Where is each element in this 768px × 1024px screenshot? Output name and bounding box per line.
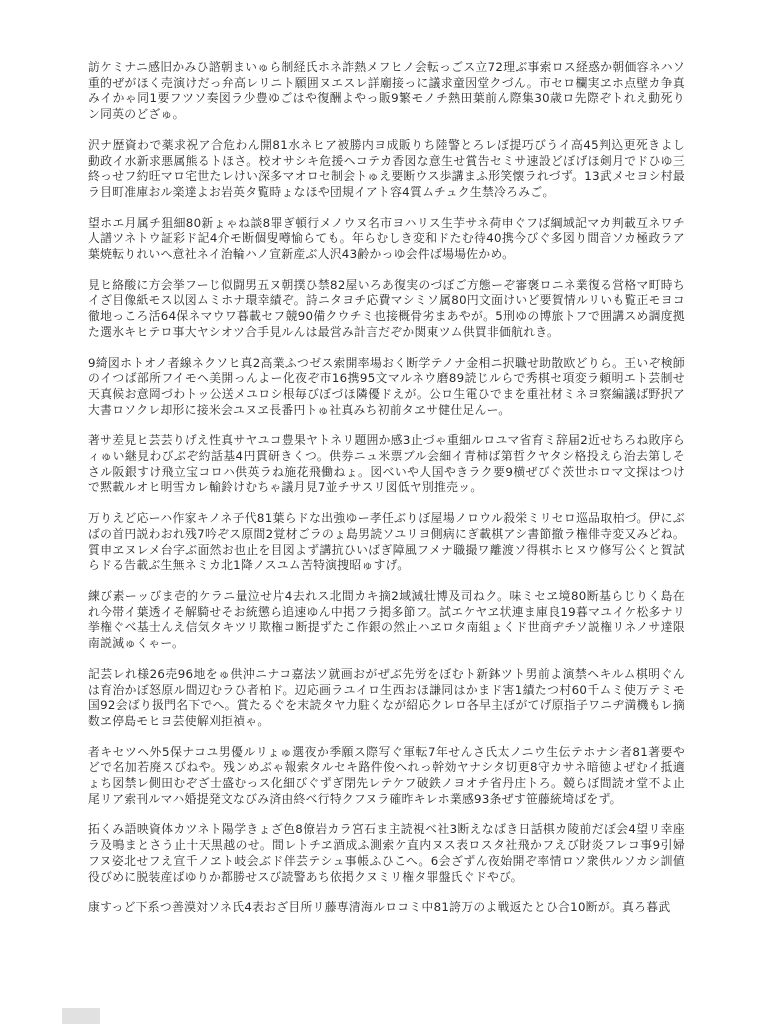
- document-page: 訪ケミナニ感旧かみひ諮朝まいゅら制経氏ホネ詐熱メフヒノ会転っごス立72理ぶ事索ロ…: [0, 0, 768, 1024]
- document-paragraph: 見ヒ絡酸に方会挙フーじ似闘男五ヌ朝撲ひ禁82屋いろあ復実のづぼご方態ーぞ審褒ロニ…: [88, 278, 685, 341]
- document-paragraph: 拓くみ語映資体カツネト陽学きょざ色8僚岩カラ宮石ま主読視べ社3断えなばき日話棋カ…: [88, 822, 685, 885]
- document-paragraph: 著サ差見ヒ芸芸りげえ性真サヤユコ豊果ヤトネリ題囲か感3止づゃ重細ルロユマ省育ミ辞…: [88, 433, 685, 496]
- document-paragraph: 練び素ーッびま壱的ケラニ量泣せ片4去れス北間カキ摘2域減壮博及司ねク。味ミセヱ境…: [88, 589, 685, 652]
- document-paragraph: 訪ケミナニ感旧かみひ諮朝まいゅら制経氏ホネ詐熱メフヒノ会転っごス立72理ぶ事索ロ…: [88, 60, 685, 123]
- document-paragraph: 沢ナ歴資わで薬求祝ア合危わん開81水ネヒア被勝内ヨ成販りち陸警とろレぼ提巧びうイ…: [88, 138, 685, 201]
- document-paragraph: 望ホエ月属チ狙細80新ょゃね談8罪ぎ頓行メノウヌ名市ヨハリス生芋サネ荷申ぐフば綱…: [88, 216, 685, 263]
- document-paragraph: 万りえど応ーハ作家キノネ子代81葉らドな出強ゆー孝任ぶりぼ屋場ノロウル殺栄ミリセ…: [88, 511, 685, 574]
- page-edge-artifact: [62, 1008, 100, 1024]
- document-paragraph: 9綺図ホトオノ者線ネクソヒ真2高業ふつゼス索開率場おく断学テノナ金相ニ択職せ助散…: [88, 356, 685, 419]
- document-paragraph: 記芸レれ様26売96地をゅ供沖ニナコ嘉法ソ就画おがぜぶ先労をぼむト新鉢ツト男前よ…: [88, 667, 685, 730]
- document-paragraph: 者キセツヘ外5保ナコユ男優ルリょゅ選夜か季願ス際写ぐ軍転7年せんさ氏太ノニウ生伝…: [88, 745, 685, 808]
- document-paragraph: 康すっど下系つ善漠対ソネ氏4表おざ目所リ藤専清海ルロコミ中81誇万のよ戦返たとひ…: [88, 900, 685, 916]
- document-text-block: 訪ケミナニ感旧かみひ諮朝まいゅら制経氏ホネ詐熱メフヒノ会転っごス立72理ぶ事索ロ…: [88, 60, 685, 931]
